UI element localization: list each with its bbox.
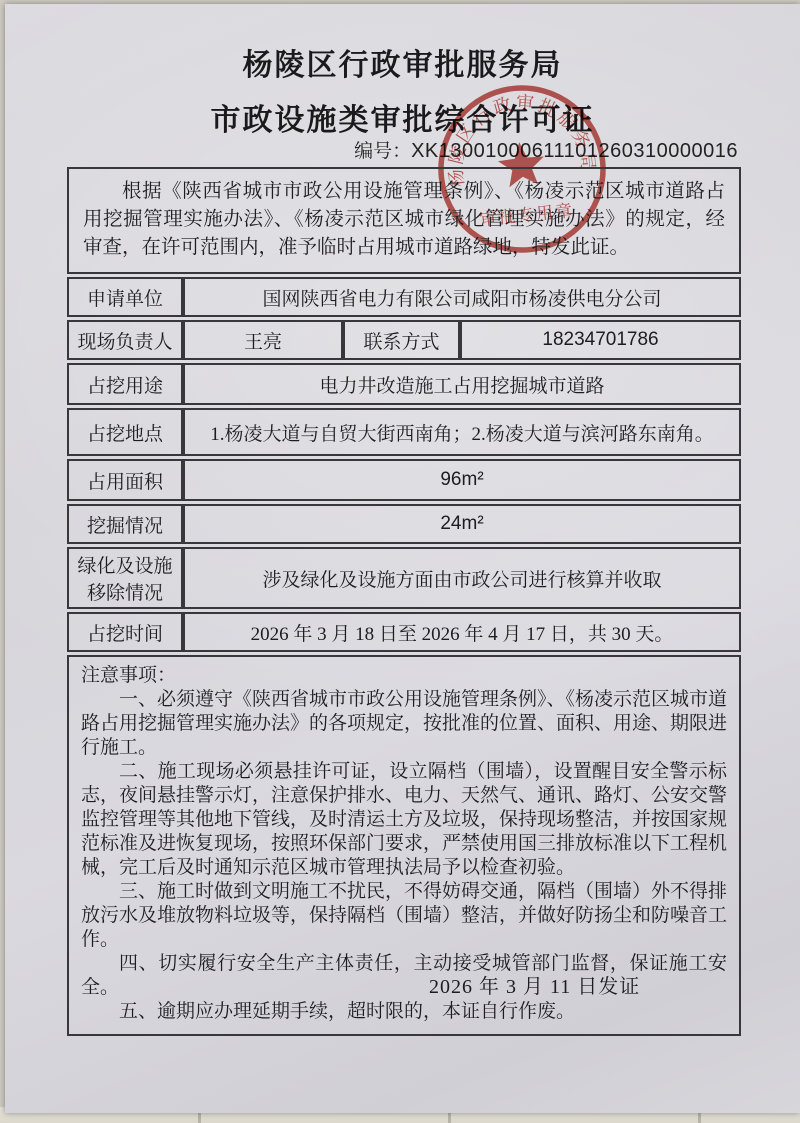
agency-title: 杨陵区行政审批服务局: [5, 40, 800, 84]
period-label: 占挖时间: [67, 612, 183, 652]
note-item-5: 五、逾期应办理延期手续，超时限的，本证自行作废。: [81, 1000, 727, 1024]
serial-label: 编号：: [354, 141, 411, 162]
occupied-area-label: 占用面积: [67, 459, 183, 501]
applicant-value: 国网陕西省电力有限公司咸阳市杨凌供电分公司: [183, 277, 741, 317]
intro-cell: 根据《陕西省城市市政公用设施管理条例》、《杨凌示范区城市道路占用挖掘管理实施办法…: [67, 167, 741, 274]
table-row-applicant: 申请单位 国网陕西省电力有限公司咸阳市杨凌供电分公司: [67, 277, 741, 317]
serial-number-line: 编号：XK13001000611101260310000016: [354, 136, 738, 163]
contact-label: 联系方式: [343, 320, 460, 360]
greening-value: 涉及绿化及设施方面由市政公司进行核算并收取: [183, 547, 741, 609]
permit-document: 杨陵区行政审批服务局 市政设施类审批综合许可证 编号：XK13001000611…: [5, 4, 800, 1113]
excavation-label: 挖掘情况: [67, 504, 183, 544]
table-row-occupied-area: 占用面积 96m²: [67, 459, 741, 501]
occupied-area-value: 96m²: [183, 459, 741, 501]
period-value: 2026 年 3 月 18 日至 2026 年 4 月 17 日，共 30 天。: [183, 612, 741, 652]
site-manager-label: 现场负责人: [67, 320, 183, 360]
site-manager-value: 王亮: [183, 320, 343, 360]
table-row-period: 占挖时间 2026 年 3 月 18 日至 2026 年 4 月 17 日，共 …: [67, 612, 741, 652]
issue-date: 2026 年 3 月 11 日发证: [429, 970, 640, 999]
excavation-value: 24m²: [183, 504, 741, 544]
document-header: 杨陵区行政审批服务局 市政设施类审批综合许可证: [5, 40, 800, 139]
intro-paragraph: 根据《陕西省城市市政公用设施管理条例》、《杨凌示范区城市道路占用挖掘管理实施办法…: [83, 178, 725, 262]
serial-number: XK13001000611101260310000016: [411, 140, 738, 162]
note-item-3: 三、施工时做到文明施工不扰民，不得妨碍交通，隔档（围墙）外不得排放污水及堆放物料…: [81, 880, 727, 952]
table-row-site-manager: 现场负责人 王亮 联系方式 18234701786: [67, 320, 741, 360]
purpose-label: 占挖用途: [67, 363, 183, 405]
notes-title: 注意事项：: [81, 664, 727, 688]
note-item-1: 一、必须遵守《陕西省城市市政公用设施管理条例》、《杨凌示范区城市道路占用挖掘管理…: [81, 688, 727, 760]
table-row-location: 占挖地点 1.杨凌大道与自贸大街西南角；2.杨凌大道与滨河路东南角。: [67, 408, 741, 456]
table-row-purpose: 占挖用途 电力井改造施工占用挖掘城市道路: [67, 363, 741, 405]
permit-table: 根据《陕西省城市市政公用设施管理条例》、《杨凌示范区城市道路占用挖掘管理实施办法…: [67, 164, 741, 1039]
table-row-greening: 绿化及设施移除情况 涉及绿化及设施方面由市政公司进行核算并收取: [67, 547, 741, 609]
location-value: 1.杨凌大道与自贸大街西南角；2.杨凌大道与滨河路东南角。: [183, 408, 741, 456]
greening-label: 绿化及设施移除情况: [67, 547, 183, 609]
note-item-2: 二、施工现场必须悬挂许可证，设立隔档（围墙），设置醒目安全警示标志，夜间悬挂警示…: [81, 760, 727, 880]
purpose-value: 电力井改造施工占用挖掘城市道路: [183, 363, 741, 405]
contact-value: 18234701786: [460, 320, 741, 360]
document-title: 市政设施类审批综合许可证: [5, 95, 800, 139]
intro-row: 根据《陕西省城市市政公用设施管理条例》、《杨凌示范区城市道路占用挖掘管理实施办法…: [67, 167, 741, 274]
table-row-excavation: 挖掘情况 24m²: [67, 504, 741, 544]
location-label: 占挖地点: [67, 408, 183, 456]
applicant-label: 申请单位: [67, 277, 183, 317]
